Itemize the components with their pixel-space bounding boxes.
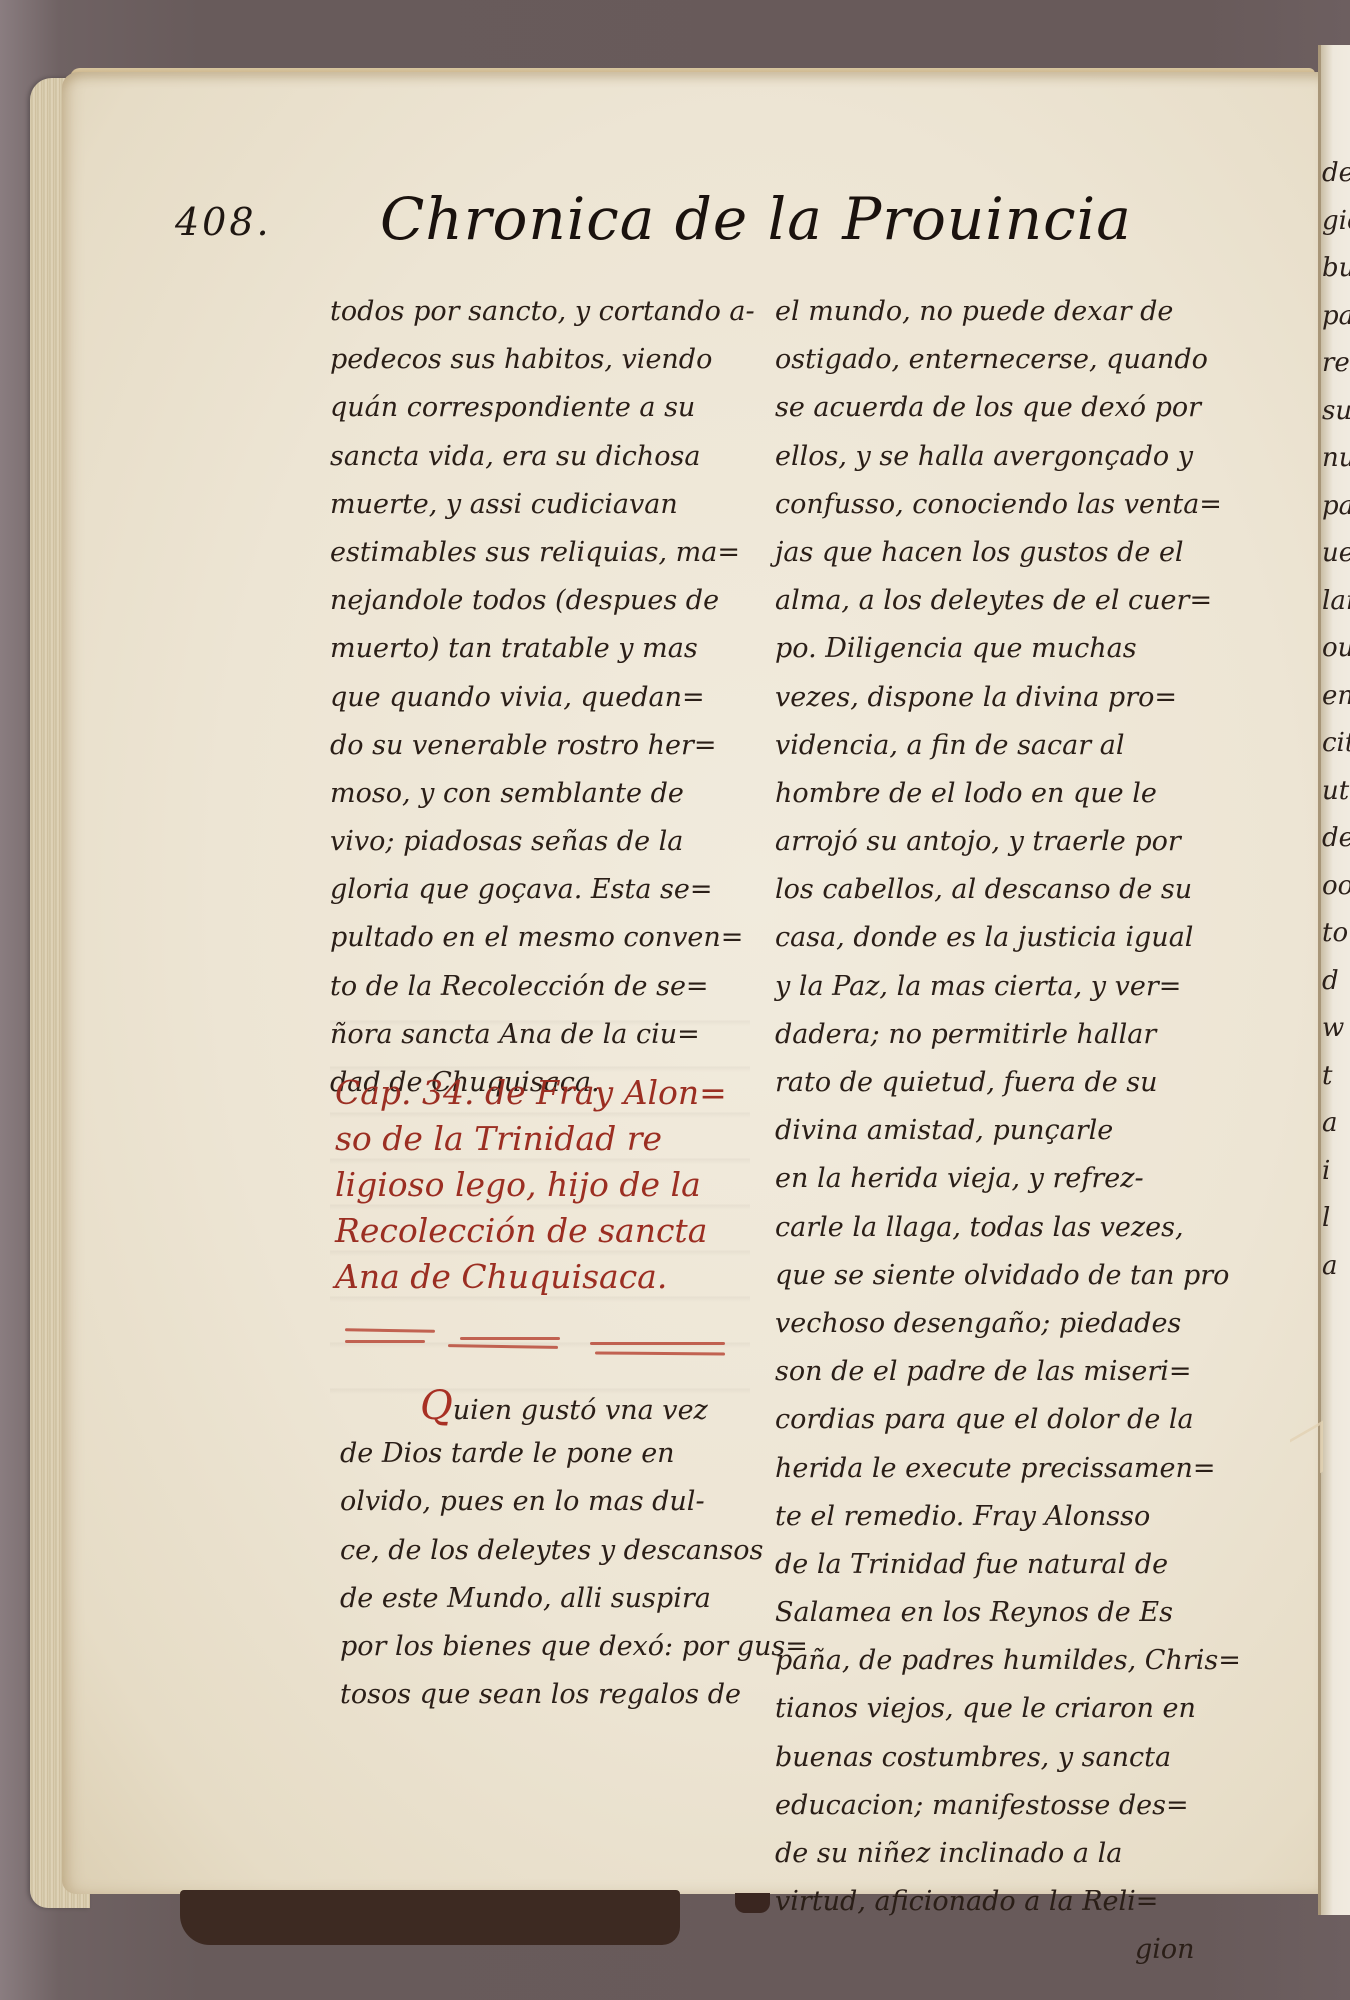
text-line: te el remedio. Fray Alonsso	[775, 1493, 1245, 1541]
dropcap-initial: Q	[420, 1383, 453, 1429]
text-line: paña, de padres humildes, Chris=	[775, 1637, 1245, 1685]
facing-fragment: d	[1322, 958, 1350, 1006]
text-line: los cabellos, al descanso de su	[775, 866, 1245, 914]
rule-segment	[590, 1342, 725, 1345]
text-line-rest: uien gustó vna vez	[453, 1395, 708, 1426]
facing-fragment: para	[1322, 483, 1350, 531]
heading-line: Recolección de sancta	[335, 1208, 755, 1254]
text-line: Salamea en los Reynos de Es	[775, 1589, 1245, 1637]
text-line: vezes, dispone la divina pro=	[775, 674, 1245, 722]
facing-fragment: i	[1322, 1148, 1350, 1196]
text-line: virtud, aficionado a la Reli=	[775, 1878, 1245, 1926]
text-line: muerto) tan tratable y mas	[330, 625, 750, 673]
facing-fragment: para	[1322, 293, 1350, 341]
text-line: y la Paz, la mas cierta, y ver=	[775, 963, 1245, 1011]
text-line: educacion; manifestosse des=	[775, 1782, 1245, 1830]
text-line: que quando vivia, quedan=	[330, 674, 750, 722]
text-line-first: Quien gustó vna vez	[340, 1382, 760, 1430]
heading-line: so de la Trinidad re	[335, 1116, 755, 1162]
text-line: videncia, a fin de sacar al	[775, 722, 1245, 770]
text-line: estimables sus reliquias, ma=	[330, 529, 750, 577]
text-line: po. Diligencia que muchas	[775, 625, 1245, 673]
facing-fragment: l	[1322, 1195, 1350, 1243]
text-line: confusso, conociendo las venta=	[775, 481, 1245, 529]
text-line: ce, de los deleytes y descansos	[340, 1527, 760, 1575]
facing-fragment: t	[1322, 1053, 1350, 1101]
text-line: moso, y con semblante de	[330, 770, 750, 818]
text-line: dadera; no permitirle hallar	[775, 1011, 1245, 1059]
text-line: rato de quietud, fuera de su	[775, 1059, 1245, 1107]
text-line: tosos que sean los regalos de	[340, 1671, 760, 1719]
running-title: Chronica de la Prouincia	[380, 185, 1132, 253]
binding-leather-fragment-small	[735, 1893, 770, 1913]
heading-line: Cap. 34. de Fray Alon=	[335, 1070, 755, 1116]
facing-fragment: nue	[1322, 435, 1350, 483]
text-line: sancta vida, era su dichosa	[330, 433, 750, 481]
facing-fragment: en	[1322, 673, 1350, 721]
text-line: de Dios tarde le pone en	[340, 1430, 760, 1478]
text-line: son de el padre de las miseri=	[775, 1348, 1245, 1396]
heading-line: ligioso lego, hijo de la	[335, 1162, 755, 1208]
text-line: vivo; piadosas señas de la	[330, 818, 750, 866]
text-line: gloria que goçava. Esta se=	[330, 866, 750, 914]
text-line: do su venerable rostro her=	[330, 722, 750, 770]
text-line: quán correspondiente a su	[330, 384, 750, 432]
text-line: ostigado, enternecerse, quando	[775, 336, 1245, 384]
rule-segment	[345, 1340, 425, 1343]
facing-fragment: utr	[1322, 768, 1350, 816]
text-line: nejandole todos (despues de	[330, 577, 750, 625]
text-line: ñora sancta Ana de la ciu=	[330, 1011, 750, 1059]
folio-number: 408.	[175, 200, 272, 244]
facing-fragment: a	[1322, 1100, 1350, 1148]
facing-page-text: de gion buen para reuu sud nue para uen …	[1322, 150, 1350, 1290]
text-line: de la Trinidad fue natural de	[775, 1541, 1245, 1589]
text-line: el mundo, no puede dexar de	[775, 288, 1245, 336]
facing-fragment: uen	[1322, 530, 1350, 578]
facing-fragment: de	[1322, 150, 1350, 198]
left-column-chapter-text: Quien gustó vna vez de Dios tarde le pon…	[340, 1382, 760, 1719]
facing-fragment: cita	[1322, 720, 1350, 768]
text-line-catchword: gion	[775, 1926, 1245, 1974]
rule-segment	[460, 1337, 560, 1340]
text-line: hombre de el lodo en que le	[775, 770, 1245, 818]
text-line: que se siente olvidado de tan pro	[775, 1252, 1245, 1300]
facing-fragment: reuu	[1322, 340, 1350, 388]
heading-line: Ana de Chuquisaca.	[335, 1254, 755, 1300]
chapter-heading: Cap. 34. de Fray Alon= so de la Trinidad…	[335, 1070, 755, 1300]
text-line: arrojó su antojo, y traerle por	[775, 818, 1245, 866]
text-line: en la herida vieja, y refrez-	[775, 1155, 1245, 1203]
facing-fragment: our	[1322, 625, 1350, 673]
text-line: tianos viejos, que le criaron en	[775, 1685, 1245, 1733]
text-line: divina amistad, punçarle	[775, 1107, 1245, 1155]
text-line: de su niñez inclinado a la	[775, 1830, 1245, 1878]
facing-fragment: de	[1322, 815, 1350, 863]
facing-fragment: buen	[1322, 245, 1350, 293]
text-line: alma, a los deleytes de el cuer=	[775, 577, 1245, 625]
facing-fragment: w	[1322, 1005, 1350, 1053]
facing-fragment: oor	[1322, 863, 1350, 911]
text-line: por los bienes que dexó: por gus=	[340, 1623, 760, 1671]
facing-fragment: to	[1322, 910, 1350, 958]
text-line: olvido, pues en lo mas dul-	[340, 1478, 760, 1526]
text-line: carle la llaga, todas las vezes,	[775, 1204, 1245, 1252]
text-line: de este Mundo, alli suspira	[340, 1575, 760, 1623]
text-line: cordias para que el dolor de la	[775, 1396, 1245, 1444]
text-line: to de la Recolección de se=	[330, 963, 750, 1011]
text-line: todos por sancto, y cortando a-	[330, 288, 750, 336]
text-line: casa, donde es la justicia igual	[775, 914, 1245, 962]
text-line: buenas costumbres, y sancta	[775, 1734, 1245, 1782]
facing-fragment: lam	[1322, 578, 1350, 626]
text-line: pedecos sus habitos, viendo	[330, 336, 750, 384]
text-line: pultado en el mesmo conven=	[330, 914, 750, 962]
text-line: herida le execute precissamen=	[775, 1445, 1245, 1493]
text-line: muerte, y assi cudiciavan	[330, 481, 750, 529]
binding-leather-fragment	[180, 1890, 680, 1945]
facing-fragment: sud	[1322, 388, 1350, 436]
text-line: vechoso desengaño; piedades	[775, 1300, 1245, 1348]
facing-fragment: a	[1322, 1243, 1350, 1291]
right-column-text: el mundo, no puede dexar de ostigado, en…	[775, 288, 1245, 1975]
facing-fragment: gion	[1322, 198, 1350, 246]
text-line: ellos, y se halla avergonçado y	[775, 433, 1245, 481]
text-line: jas que hacen los gustos de el	[775, 529, 1245, 577]
left-column-text: todos por sancto, y cortando a- pedecos …	[330, 288, 750, 1107]
text-line: se acuerda de los que dexó por	[775, 384, 1245, 432]
